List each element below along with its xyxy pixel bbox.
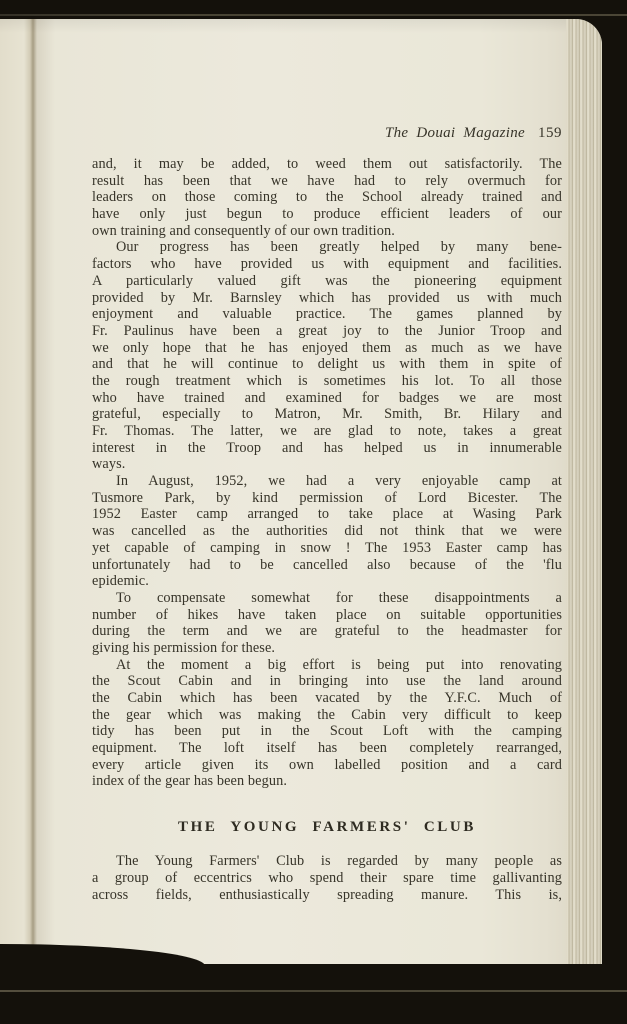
paragraph: At the moment a big effort is being put … <box>92 657 562 791</box>
text-line: enjoyment and valuable practice. The gam… <box>92 306 562 323</box>
text-line: own training and consequently of our own… <box>92 223 562 240</box>
text-line: grateful, especially to Matron, Mr. Smit… <box>92 406 562 423</box>
page: The Douai Magazine 159 and, it may be ad… <box>0 19 602 964</box>
text-line: the rough treatment which is sometimes h… <box>92 373 562 390</box>
paragraph: Our progress has been greatly helped by … <box>92 239 562 473</box>
text-line: who have trained and examined for badges… <box>92 390 562 407</box>
page-body: and, it may be added, to weed them out s… <box>92 156 562 903</box>
section-heading: THE YOUNG FARMERS' CLUB <box>92 819 562 836</box>
stacked-page-edges <box>566 19 602 964</box>
text-line: every article given its own labelled pos… <box>92 757 562 774</box>
text-line: during the term and we are grateful to t… <box>92 623 562 640</box>
text-line: a group of eccentrics who spend their sp… <box>92 870 562 887</box>
text-line: factors who have provided us with equipm… <box>92 256 562 273</box>
text-line: unfortunately had to be cancelled also b… <box>92 557 562 574</box>
text-line: equipment. The loft itself has been comp… <box>92 740 562 757</box>
text-line: tidy has been put in the Scout Loft with… <box>92 723 562 740</box>
text-line: leaders on those coming to the School al… <box>92 189 562 206</box>
text-line: yet capable of camping in snow ! The 195… <box>92 540 562 557</box>
page-content: The Douai Magazine 159 and, it may be ad… <box>92 125 562 903</box>
paragraph: The Young Farmers' Club is regarded by m… <box>92 853 562 903</box>
text-line: The Young Farmers' Club is regarded by m… <box>92 853 562 870</box>
text-line: To compensate somewhat for these disappo… <box>92 590 562 607</box>
book-scan: The Douai Magazine 159 and, it may be ad… <box>0 0 627 1024</box>
text-line: provided by Mr. Barnsley which has provi… <box>92 290 562 307</box>
text-line: have only just begun to produce efficien… <box>92 206 562 223</box>
text-line: the gear which was making the Cabin very… <box>92 707 562 724</box>
text-line: Fr. Paulinus have been a great joy to th… <box>92 323 562 340</box>
text-line: the Scout Cabin and in bringing into use… <box>92 673 562 690</box>
text-line: and, it may be added, to weed them out s… <box>92 156 562 173</box>
text-line: At the moment a big effort is being put … <box>92 657 562 674</box>
text-line: ways. <box>92 456 562 473</box>
text-line: epidemic. <box>92 573 562 590</box>
bottom-border-seam <box>0 990 627 992</box>
text-line: Our progress has been greatly helped by … <box>92 239 562 256</box>
text-line: Tusmore Park, by kind permission of Lord… <box>92 490 562 507</box>
top-border-seam <box>0 14 627 16</box>
paragraph: and, it may be added, to weed them out s… <box>92 156 562 239</box>
text-line: A particularly valued gift was the pione… <box>92 273 562 290</box>
text-line: index of the gear has been begun. <box>92 773 562 790</box>
text-line: giving his permission for these. <box>92 640 562 657</box>
text-line: the Cabin which has been vacated by the … <box>92 690 562 707</box>
magazine-title: The Douai Magazine <box>385 125 525 142</box>
text-line: we only hope that he has enjoyed them as… <box>92 340 562 357</box>
text-line: result has been that we have had to rely… <box>92 173 562 190</box>
paragraph: To compensate somewhat for these disappo… <box>92 590 562 657</box>
paragraph: In August, 1952, we had a very enjoyable… <box>92 473 562 590</box>
text-line: Fr. Thomas. The latter, we are glad to n… <box>92 423 562 440</box>
text-line: and that he will continue to delight us … <box>92 356 562 373</box>
text-line: interest in the Troop and has helped us … <box>92 440 562 457</box>
text-line: 1952 Easter camp arranged to take place … <box>92 506 562 523</box>
page-number: 159 <box>538 125 562 142</box>
running-header: The Douai Magazine 159 <box>92 125 562 142</box>
text-line: number of hikes have taken place on suit… <box>92 607 562 624</box>
text-line: was cancelled as the authorities did not… <box>92 523 562 540</box>
text-line: In August, 1952, we had a very enjoyable… <box>92 473 562 490</box>
text-line: across fields, enthusiastically spreadin… <box>92 887 562 904</box>
